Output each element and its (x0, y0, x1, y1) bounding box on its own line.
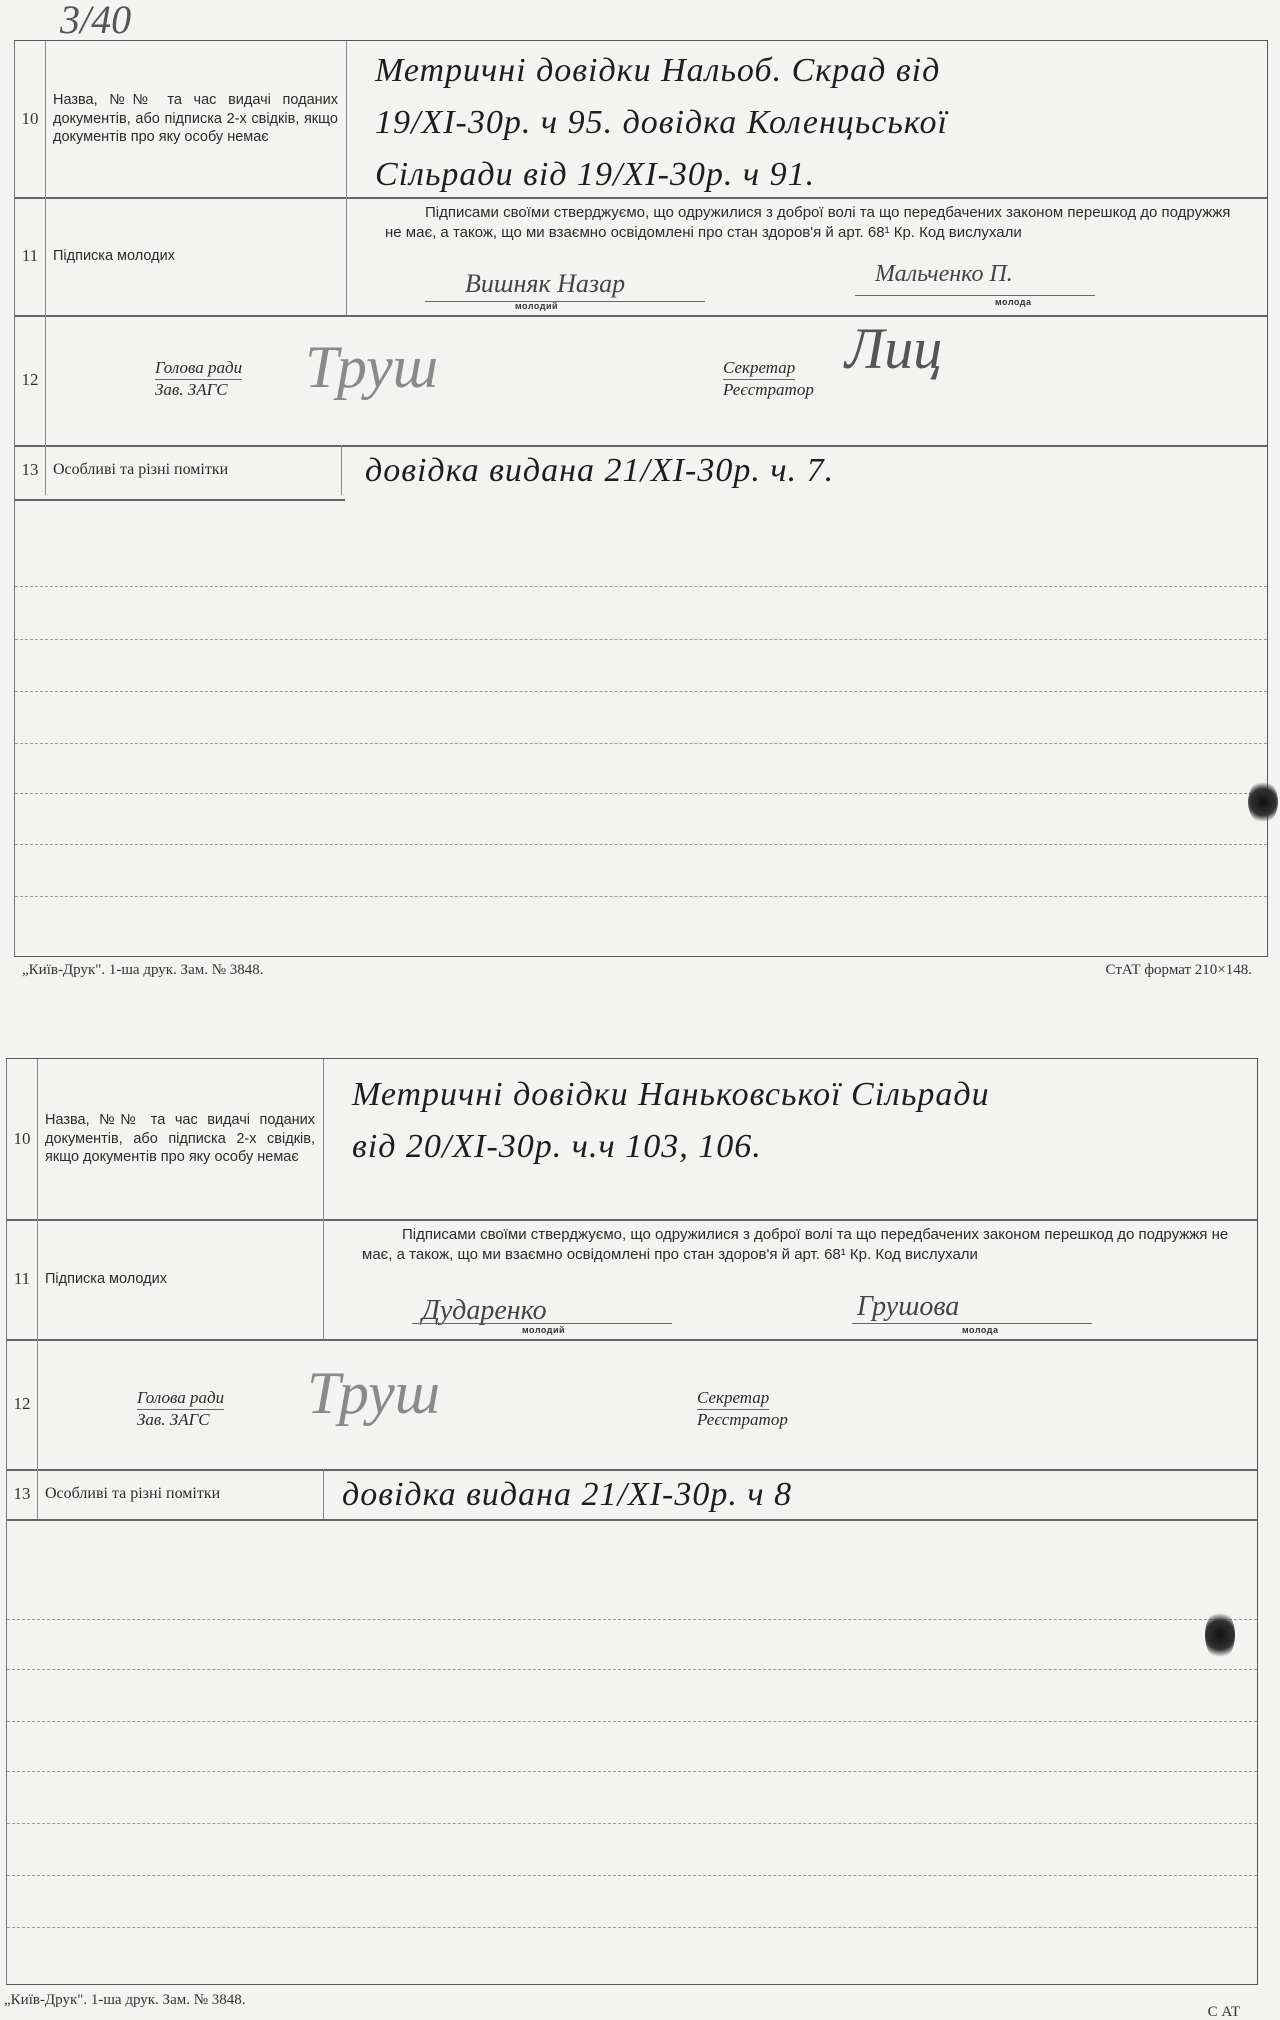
paper-damage-mark (1205, 1610, 1235, 1660)
archive-page-note: 3/40 (60, 0, 131, 43)
secretary-signature: Лиц (845, 315, 942, 382)
handwritten-line: від 20/XI-30р. ч.ч 103, 106. (352, 1121, 1237, 1173)
row-label: Підписка молодих (45, 1219, 324, 1339)
head-of-council-label: Голова ради (155, 357, 242, 380)
row-number: 13 (7, 1469, 38, 1519)
blank-ruled-line (7, 1875, 1257, 1876)
row-number: 13 (15, 445, 46, 495)
marriage-statement: Підписами своїми стверджуємо, що одружил… (385, 203, 1247, 244)
bride-signature: Мальченко П. (875, 261, 1013, 288)
groom-signature-line (425, 301, 705, 302)
form-frame: 10 Назва, №№ та час видачі поданих докум… (14, 40, 1268, 957)
blank-ruled-line (7, 1721, 1257, 1722)
blank-ruled-line (7, 1927, 1257, 1928)
blank-ruled-line (15, 691, 1267, 692)
notes-handwritten: довідка видана 21/XI-30р. ч 8 (332, 1469, 1257, 1521)
row-number: 10 (7, 1059, 38, 1219)
row-label: Особливі та різні помітки (53, 445, 342, 495)
printer-imprint: „Київ-Друк". 1-ша друк. Зам. № 3848. (4, 1992, 246, 2009)
blank-ruled-line (15, 743, 1267, 744)
blank-ruled-line (15, 896, 1267, 897)
row-13-notes: 13 Особливі та різні помітки довідка вид… (7, 1469, 1257, 1521)
row-12-officials: 12 Голова ради Зав. ЗАГС Труш Секретар Р… (7, 1339, 1257, 1471)
form-frame: 10 Назва, №№ та час видачі поданих докум… (6, 1058, 1258, 1985)
row-number: 12 (7, 1339, 38, 1469)
blank-ruled-line (7, 1619, 1257, 1620)
bride-signature-line (855, 295, 1095, 296)
row-10-documents: 10 Назва, №№ та час видачі поданих докум… (7, 1059, 1257, 1221)
registry-head-label: Зав. ЗАГС (137, 1409, 210, 1431)
form-format-note: С АТ (1208, 2004, 1240, 2020)
register-sheet-2: 10 Назва, №№ та час видачі поданих докум… (0, 1010, 1280, 2020)
row-label: Назва, №№ та час видачі поданих документ… (45, 1059, 324, 1219)
row-number: 10 (15, 41, 46, 197)
groom-caption: молодий (515, 301, 558, 311)
printer-imprint: „Київ-Друк". 1-ша друк. Зам. № 3848. (22, 962, 264, 979)
blank-ruled-line (15, 586, 1267, 587)
row-label: Підписка молодих (53, 197, 347, 315)
row-value: Підписами своїми стверджуємо, що одружил… (332, 1219, 1257, 1339)
handwritten-line: 19/XI-30р. ч 95. довідка Коленцьської (375, 97, 1247, 149)
registry-head-label: Зав. ЗАГС (155, 379, 228, 401)
row-label: Особливі та різні помітки (45, 1469, 324, 1519)
head-signature: Труш (307, 1359, 440, 1428)
groom-signature-line (412, 1323, 672, 1324)
form-format-note: СтАТ формат 210×148. (1106, 962, 1252, 979)
notes-label-divider (15, 499, 345, 501)
bride-signature: Грушова (857, 1291, 959, 1323)
blank-ruled-line (15, 793, 1267, 794)
register-sheet-1: 3/40 10 Назва, №№ та час видачі поданих … (0, 0, 1280, 1000)
groom-signature: Вишняк Назар (465, 269, 625, 299)
marriage-statement: Підписами своїми стверджуємо, що одружил… (362, 1225, 1237, 1266)
blank-ruled-line (7, 1771, 1257, 1772)
row-value-handwritten: довідка видана 21/XI-30р. ч. 7. (355, 445, 1267, 495)
row-value-handwritten: Метричні довідки Наньковської Сільради в… (332, 1059, 1257, 1219)
row-value-handwritten: Метричні довідки Нальоб. Скрад від 19/XI… (355, 41, 1267, 197)
row-value: Підписами своїми стверджуємо, що одружил… (355, 197, 1267, 315)
secretary-label: Секретар (723, 357, 795, 380)
handwritten-line: Метричні довідки Нальоб. Скрад від (375, 45, 1247, 97)
handwritten-line: Метричні довідки Наньковської Сільради (352, 1069, 1237, 1121)
row-11-signatures: 11 Підписка молодих Підписами своїми ств… (7, 1219, 1257, 1341)
row-number: 11 (7, 1219, 38, 1339)
row-label: Назва, №№ та час видачі поданих документ… (53, 41, 347, 197)
bride-caption: молода (962, 1325, 999, 1335)
row-12-officials: 12 Голова ради Зав. ЗАГС Труш Секретар Р… (15, 315, 1267, 447)
blank-ruled-line (7, 1669, 1257, 1670)
blank-ruled-line (15, 844, 1267, 845)
registrar-label: Реєстратор (697, 1409, 788, 1431)
blank-ruled-line (7, 1823, 1257, 1824)
row-number: 12 (15, 315, 46, 445)
registrar-label: Реєстратор (723, 379, 814, 401)
row-10-documents: 10 Назва, №№ та час видачі поданих докум… (15, 41, 1267, 199)
handwritten-line: Сільради від 19/XI-30р. ч 91. (375, 149, 1247, 201)
blank-ruled-line (15, 639, 1267, 640)
paper-damage-mark (1248, 780, 1278, 824)
secretary-label: Секретар (697, 1387, 769, 1410)
notes-handwritten: довідка видана 21/XI-30р. ч. 7. (355, 445, 1267, 497)
head-of-council-label: Голова ради (137, 1387, 224, 1410)
row-11-signatures: 11 Підписка молодих Підписами своїми ств… (15, 197, 1267, 317)
groom-caption: молодий (522, 1325, 565, 1335)
bride-caption: молода (995, 297, 1032, 307)
head-signature: Труш (305, 333, 438, 402)
row-13-notes: 13 Особливі та різні помітки довідка вид… (15, 445, 1267, 495)
row-value-handwritten: довідка видана 21/XI-30р. ч 8 (332, 1469, 1257, 1519)
bride-signature-line (852, 1323, 1092, 1324)
row-number: 11 (15, 197, 46, 315)
